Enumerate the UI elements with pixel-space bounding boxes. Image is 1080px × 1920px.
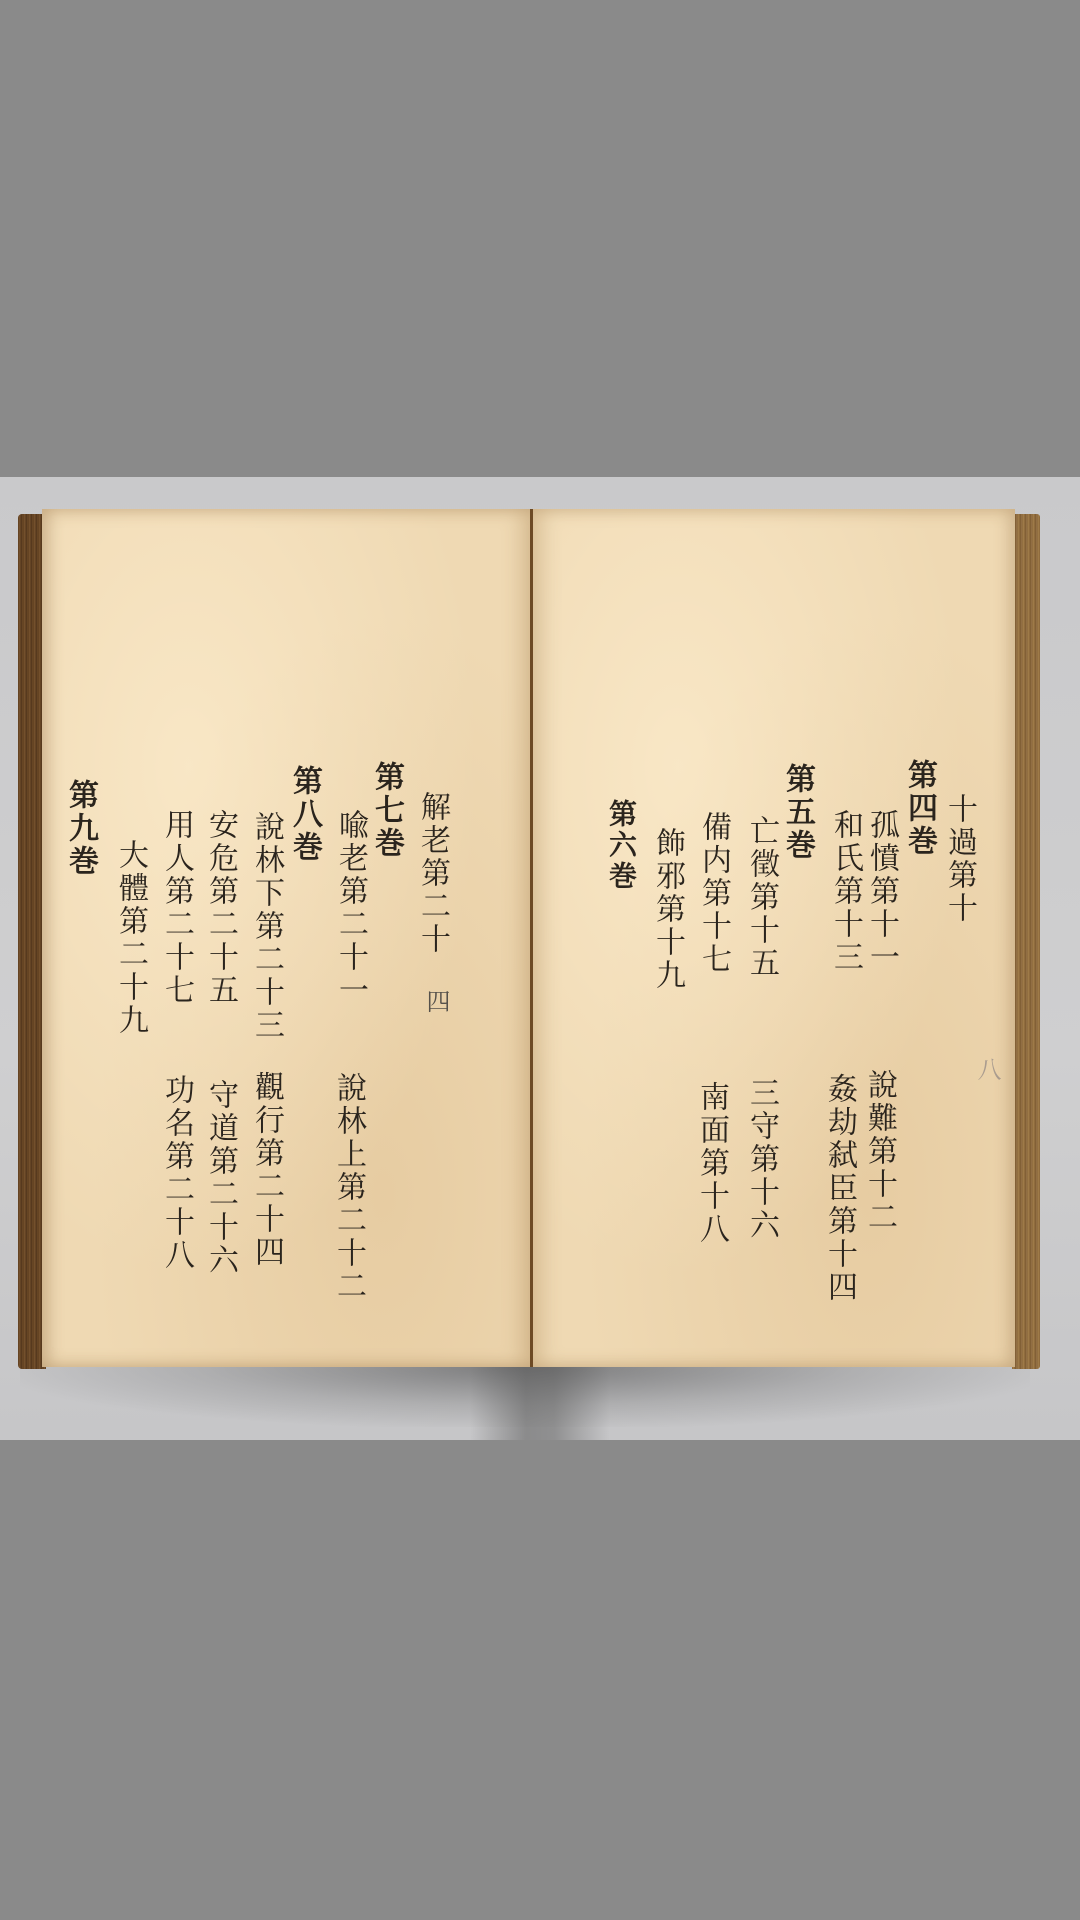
toc-entry: 用人第二十七 xyxy=(158,809,194,1007)
gutter-shadow xyxy=(470,1367,610,1440)
toc-entry: 喩老第二十一 xyxy=(332,809,368,1007)
volume-heading: 第八巻 xyxy=(286,765,322,864)
toc-entry: 解老第二十 xyxy=(414,791,450,956)
toc-entry: 說難第十二 xyxy=(861,1069,897,1234)
volume-heading: 第六巻 xyxy=(603,799,639,892)
margin-note: 八 xyxy=(969,1057,1005,1084)
toc-entry: 說林下第二十三 xyxy=(248,811,284,1042)
image-viewer: 解老第二十 四 第七巻 喩老第二十一 說林上第二十二 第八巻 說林下第二十三 觀… xyxy=(0,0,1080,1920)
toc-entry: 亡徵第十五 xyxy=(743,815,779,980)
volume-heading: 第五巻 xyxy=(779,763,815,862)
right-page: 十過第十 第四巻 孤憤第十一 說難第十二 和氏第十三 姦劫弑臣第十四 第五巻 亡… xyxy=(533,509,1015,1367)
toc-entry: 三守第十六 xyxy=(743,1077,779,1242)
toc-entry: 孤憤第十一 xyxy=(863,809,899,974)
right-page-edges xyxy=(1012,514,1040,1369)
toc-entry: 說林上第二十二 xyxy=(330,1072,366,1303)
toc-entry: 功名第二十八 xyxy=(158,1074,194,1272)
toc-entry: 姦劫弑臣第十四 xyxy=(821,1073,857,1304)
book-photo[interactable]: 解老第二十 四 第七巻 喩老第二十一 說林上第二十二 第八巻 說林下第二十三 觀… xyxy=(0,477,1080,1440)
toc-entry: 飾邪第十九 xyxy=(649,827,685,992)
toc-entry: 安危第二十五 xyxy=(202,809,238,1007)
toc-entry: 南面第十八 xyxy=(693,1081,729,1246)
volume-heading: 第四巻 xyxy=(901,759,937,858)
toc-entry-suffix: 四 xyxy=(418,989,454,1016)
toc-entry: 備内第十七 xyxy=(695,811,731,976)
toc-entry: 和氏第十三 xyxy=(827,809,863,974)
toc-entry: 十過第十 xyxy=(941,793,977,925)
volume-heading: 第九巻 xyxy=(62,779,98,878)
bleed-through-text xyxy=(613,739,653,803)
volume-heading: 第七巻 xyxy=(368,761,404,860)
toc-entry: 守道第二十六 xyxy=(202,1079,238,1277)
toc-entry: 大體第二十九 xyxy=(112,839,148,1037)
left-page: 解老第二十 四 第七巻 喩老第二十一 說林上第二十二 第八巻 說林下第二十三 觀… xyxy=(42,509,533,1367)
toc-entry: 觀行第二十四 xyxy=(248,1071,284,1269)
